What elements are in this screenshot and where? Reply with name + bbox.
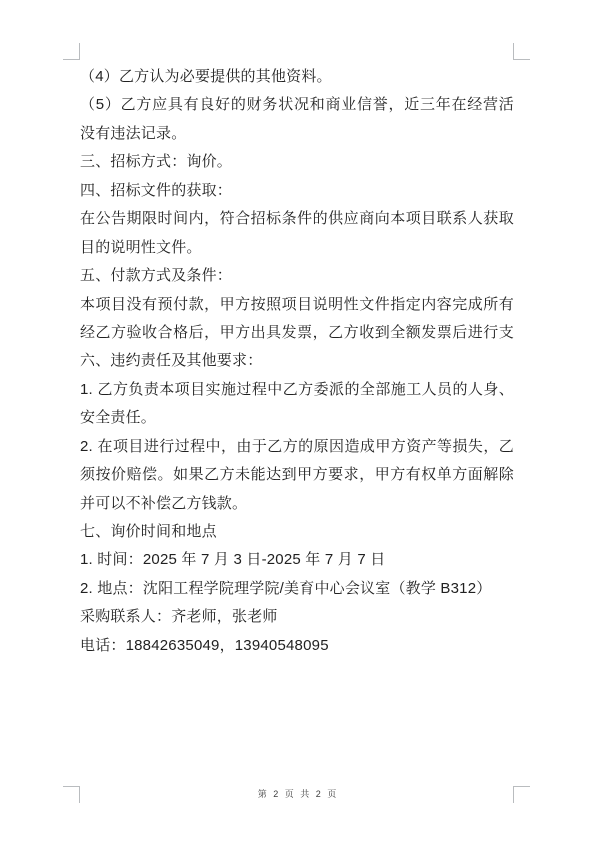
document-line: 1. 时间：2025 年 7 月 3 日-2025 年 7 月 7 日 — [80, 546, 514, 574]
document-line: 电话：18842635049，13940548095 — [80, 632, 514, 660]
document-line: 采购联系人：齐老师，张老师 — [80, 603, 514, 631]
document-heading: 三、招标方式：询价。 — [80, 148, 514, 176]
document-line: 经乙方验收合格后，甲方出具发票，乙方收到全额发票后进行支付。 — [80, 319, 514, 347]
document-line: 安全责任。 — [80, 404, 514, 432]
document-line: 在公告期限时间内，符合招标条件的供应商向本项目联系人获取本项 — [80, 205, 514, 233]
document-body: （4）乙方认为必要提供的其他资料。 （5）乙方应具有良好的财务状况和商业信誉，近… — [80, 63, 514, 660]
crop-mark-top-left-icon — [63, 43, 80, 60]
document-line: 没有违法记录。 — [80, 120, 514, 148]
document-line: 本项目没有预付款，甲方按照项目说明性文件指定内容完成所有要求， — [80, 291, 514, 319]
document-heading: 六、违约责任及其他要求： — [80, 347, 514, 375]
document-heading: 四、招标文件的获取： — [80, 177, 514, 205]
document-page: （4）乙方认为必要提供的其他资料。 （5）乙方应具有良好的财务状况和商业信誉，近… — [0, 0, 596, 850]
document-line: 并可以不补偿乙方钱款。 — [80, 490, 514, 518]
document-line: 目的说明性文件。 — [80, 234, 514, 262]
document-line: （5）乙方应具有良好的财务状况和商业信誉，近三年在经营活动中 — [80, 91, 514, 119]
document-line: 2. 在项目进行过程中，由于乙方的原因造成甲方资产等损失，乙方必 — [80, 433, 514, 461]
document-line: （4）乙方认为必要提供的其他资料。 — [80, 63, 514, 91]
document-line: 1. 乙方负责本项目实施过程中乙方委派的全部施工人员的人身、财产 — [80, 376, 514, 404]
document-line: 2. 地点：沈阳工程学院理学院/美育中心会议室（教学 B312） — [80, 575, 514, 603]
crop-mark-top-right-icon — [513, 43, 530, 60]
document-heading: 七、询价时间和地点 — [80, 518, 514, 546]
page-number-footer: 第 2 页 共 2 页 — [0, 787, 596, 800]
document-heading: 五、付款方式及条件： — [80, 262, 514, 290]
document-line: 须按价赔偿。如果乙方未能达到甲方要求，甲方有权单方面解除合同 — [80, 461, 514, 489]
